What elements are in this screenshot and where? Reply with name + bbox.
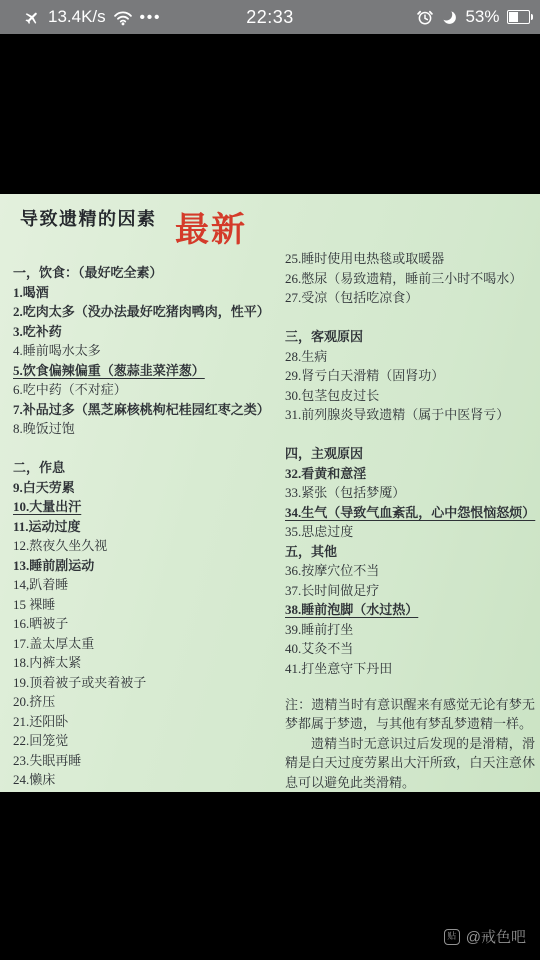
- list-item: [13, 438, 275, 458]
- right-column: 25.睡时使用电热毯或取暖器26.憋尿（易致遗精，睡前三小时不喝水）27.受凉（…: [285, 248, 535, 677]
- list-item: 19.顶着被子或夹着被子: [13, 672, 275, 692]
- note: 注：遗精当时有意识醒来有感觉无论有梦无梦都属于梦遗，与其他有梦乱梦遗精一样。遗精…: [285, 695, 535, 792]
- list-item: 18.内裤太紧: [13, 652, 275, 672]
- list-item: 五，其他: [285, 541, 535, 561]
- list-item: 8.晚饭过饱: [13, 418, 275, 438]
- moon-icon: [441, 9, 458, 26]
- list-item: 14,趴着睡: [13, 574, 275, 594]
- list-item: [285, 424, 535, 444]
- list-item: 15 裸睡: [13, 594, 275, 614]
- list-item: 25.睡时使用电热毯或取暖器: [285, 248, 535, 268]
- list-item: 32.看黄和意淫: [285, 463, 535, 483]
- list-item: 23.失眠再睡: [13, 750, 275, 770]
- list-item: 6.吃中药（不对症）: [13, 379, 275, 399]
- list-item: 34.生气（导致气血紊乱，心中怨恨恼怒烦）: [285, 502, 535, 522]
- list-item: 30.包茎包皮过长: [285, 385, 535, 405]
- list-item: 3.吃补药: [13, 321, 275, 341]
- battery-icon: [507, 10, 534, 24]
- list-item: 29.肾亏白天滑精（固肾功）: [285, 365, 535, 385]
- list-item: 31.前列腺炎导致遗精（属于中医肾亏）: [285, 404, 535, 424]
- phone-screen: 13.4K/s ••• 22:33 53%: [0, 0, 540, 960]
- watermark-label: @戒色吧: [466, 926, 526, 947]
- list-item: 13.睡前剧运动: [13, 555, 275, 575]
- list-item: 20.挤压: [13, 691, 275, 711]
- list-item: 37.长时间做足疗: [285, 580, 535, 600]
- tieba-icon: 贴: [444, 929, 460, 945]
- note-paragraph: 注：遗精当时有意识醒来有感觉无论有梦无梦都属于梦遗，与其他有梦乱梦遗精一样。: [285, 695, 535, 734]
- list-item: 11.运动过度: [13, 516, 275, 536]
- list-item: 12.熬夜久坐久视: [13, 535, 275, 555]
- list-item: 一，饮食：（最好吃全素）: [13, 262, 275, 282]
- list-item: 27.受凉（包括吃凉食）: [285, 287, 535, 307]
- list-item: 24.懒床: [13, 769, 275, 789]
- list-item: 22.回笼觉: [13, 730, 275, 750]
- list-item: 39.睡前打坐: [285, 619, 535, 639]
- list-item: 26.憋尿（易致遗精，睡前三小时不喝水）: [285, 268, 535, 288]
- list-item: 21.还阳卧: [13, 711, 275, 731]
- list-item: 35.思虑过度: [285, 521, 535, 541]
- list-item: 28.生病: [285, 346, 535, 366]
- alarm-icon: [416, 8, 434, 26]
- list-item: 三，客观原因: [285, 326, 535, 346]
- list-item: 二，作息: [13, 457, 275, 477]
- list-item: 4.睡前喝水太多: [13, 340, 275, 360]
- list-item: 41.打坐意守下丹田: [285, 658, 535, 678]
- list-item: [285, 307, 535, 327]
- left-column: 一，饮食：（最好吃全素）1.喝酒2.吃肉太多（没办法最好吃猪肉鸭肉，性平）3.吃…: [13, 262, 275, 789]
- list-item: 5.饮食偏辣偏重（葱蒜韭菜洋葱）: [13, 360, 275, 380]
- list-item: 38.睡前泡脚（水过热）: [285, 599, 535, 619]
- battery-percent: 53%: [465, 7, 499, 27]
- list-item: 36.按摩穴位不当: [285, 560, 535, 580]
- list-item: 1.喝酒: [13, 282, 275, 302]
- list-item: 17.盖太厚太重: [13, 633, 275, 653]
- list-item: 7.补品过多（黑芝麻核桃枸杞桂园红枣之类）: [13, 399, 275, 419]
- photo-viewer[interactable]: 导致遗精的因素 最新 一，饮食：（最好吃全素）1.喝酒2.吃肉太多（没办法最好吃…: [0, 194, 540, 792]
- new-badge: 最新: [175, 202, 247, 251]
- list-item: 40.艾灸不当: [285, 638, 535, 658]
- doc-title: 导致遗精的因素: [20, 205, 157, 231]
- status-right-group: 53%: [416, 0, 533, 34]
- list-item: 10.大量出汗: [13, 496, 275, 516]
- list-item: 四，主观原因: [285, 443, 535, 463]
- tieba-watermark: 贴 @戒色吧: [444, 926, 526, 947]
- list-item: 33.紧张（包括梦魇）: [285, 482, 535, 502]
- status-bar: 13.4K/s ••• 22:33 53%: [0, 0, 540, 34]
- list-item: 2.吃肉太多（没办法最好吃猪肉鸭肉，性平）: [13, 301, 275, 321]
- list-item: 16.晒被子: [13, 613, 275, 633]
- note-paragraph: 遗精当时无意识过后发现的是滑精，滑精是白天过度劳累出大汗所致，白天注意休息可以避…: [285, 734, 535, 792]
- list-item: 9.白天劳累: [13, 477, 275, 497]
